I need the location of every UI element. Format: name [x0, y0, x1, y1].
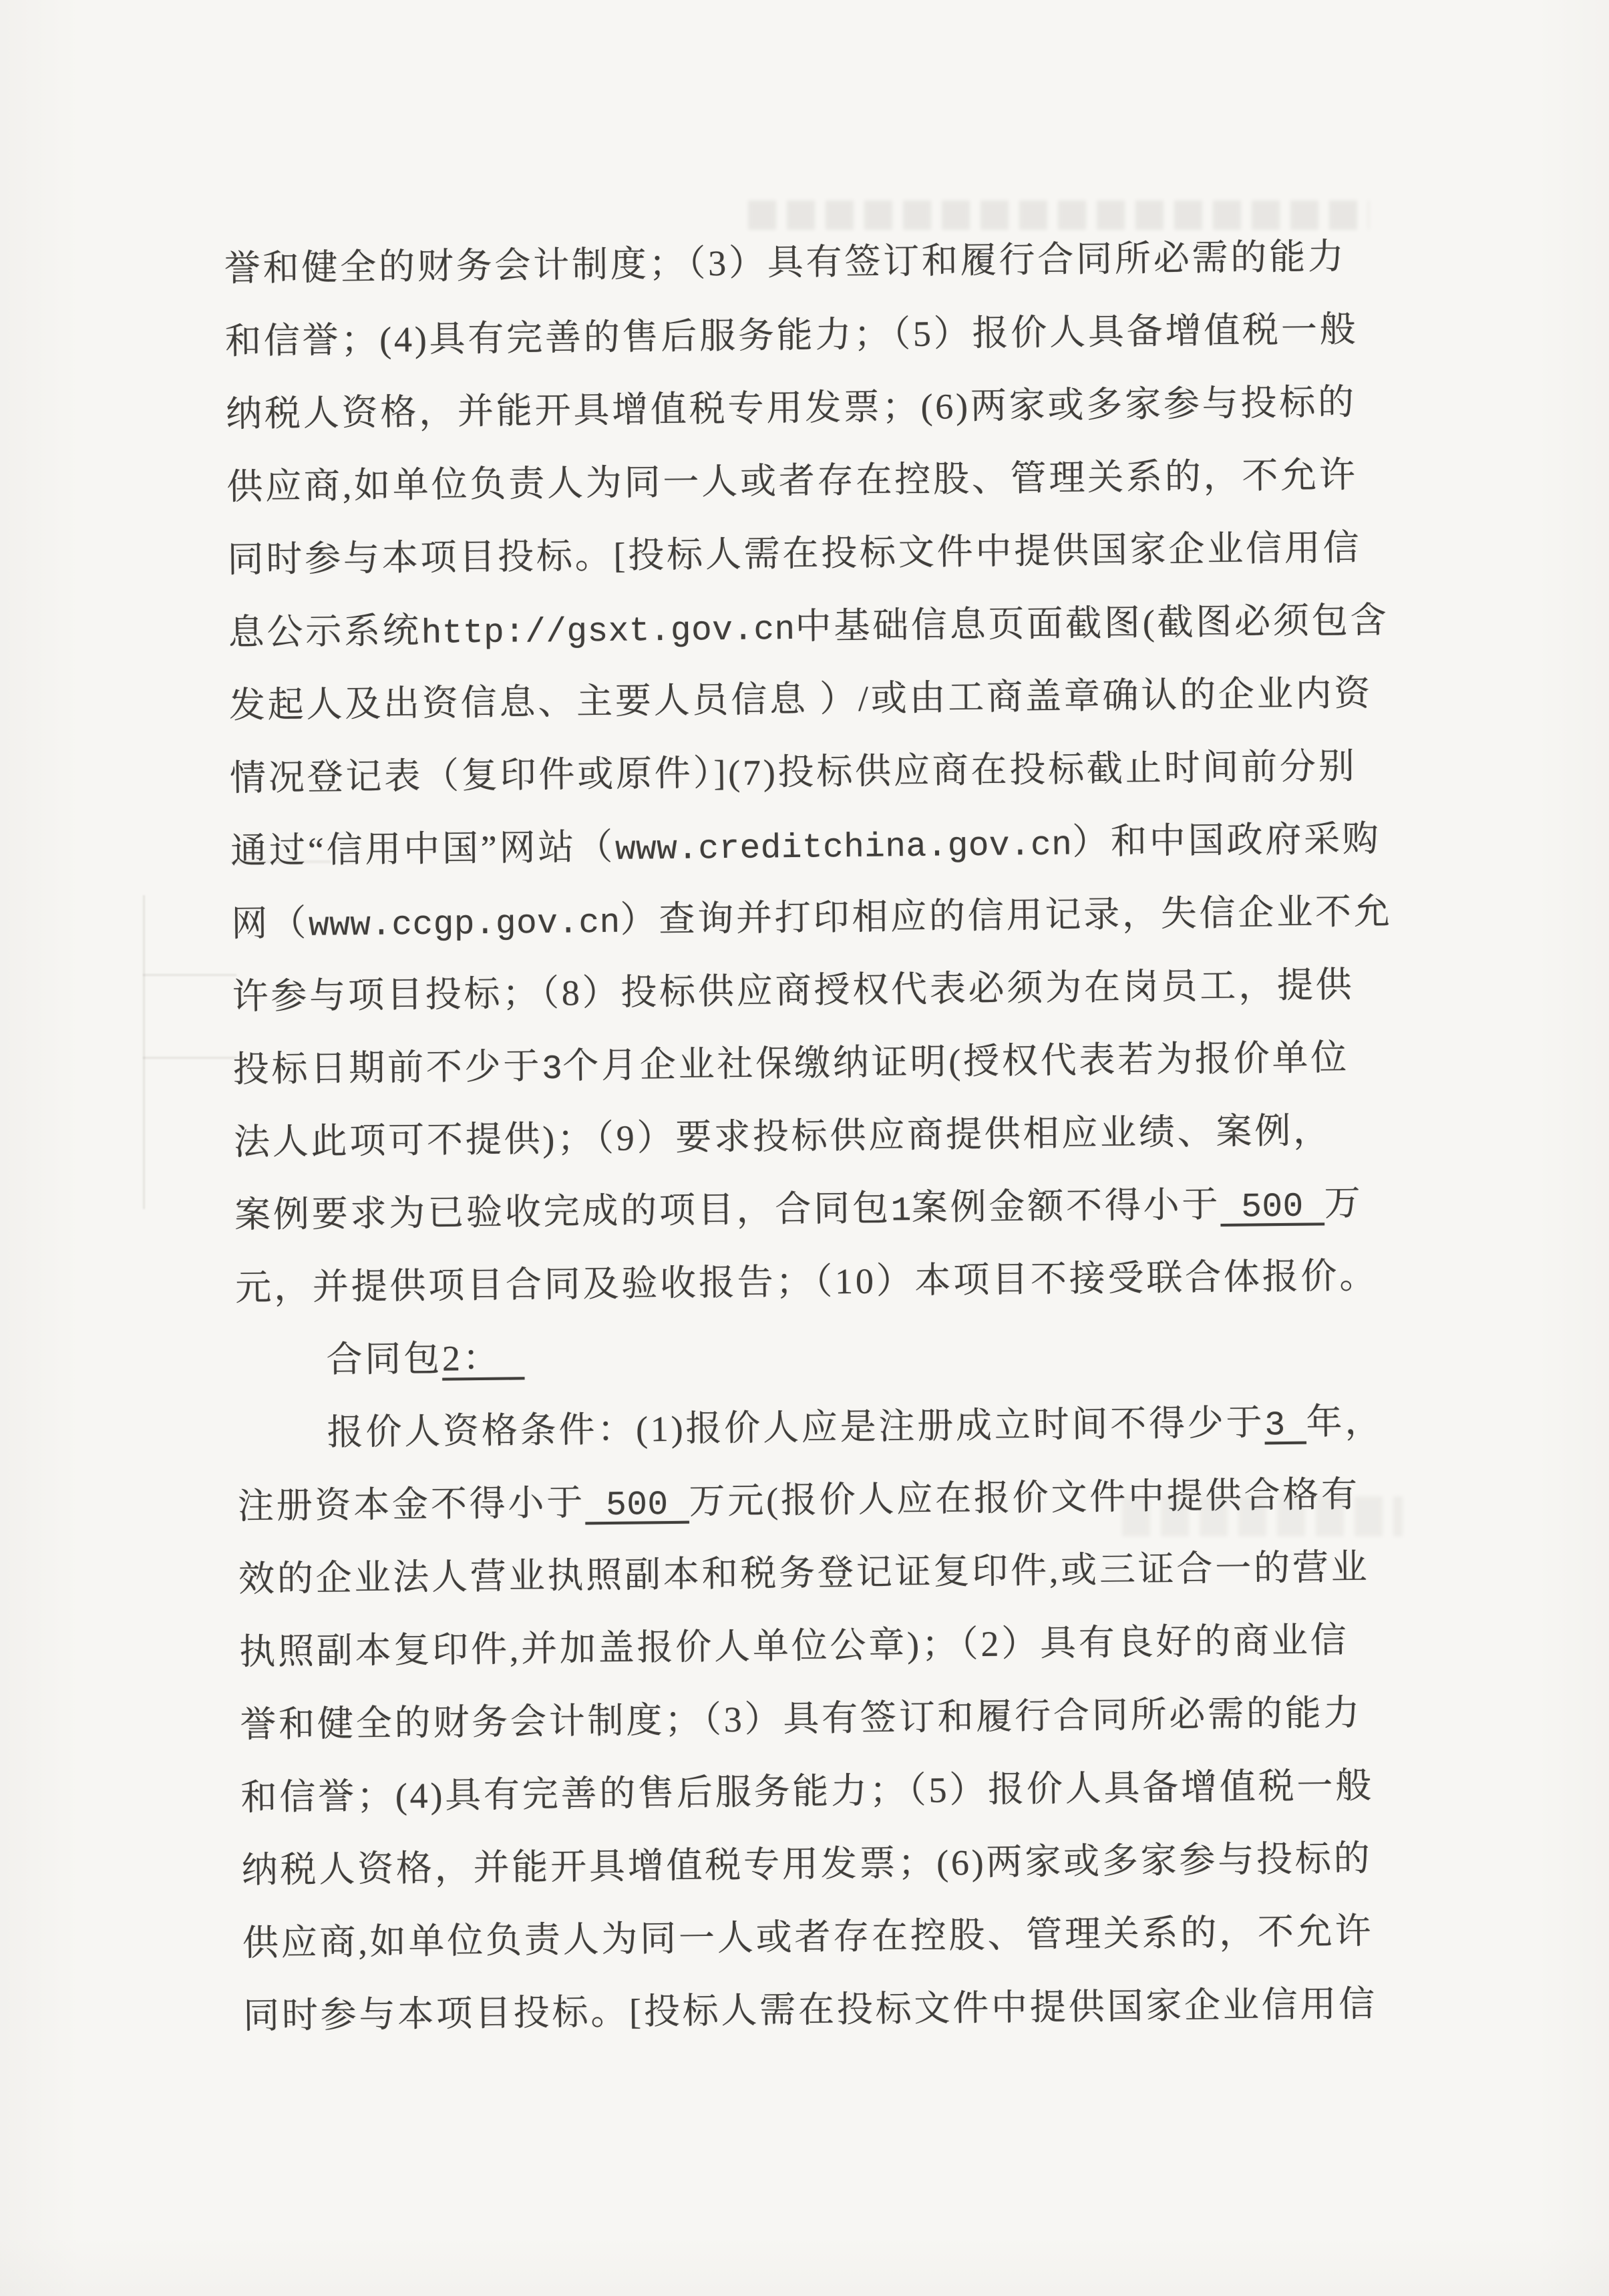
cjk-text-run: 供应商,如单位负责人为同一人或者存在控股、管理关系的，不允许: [226, 455, 1358, 507]
bleed-through-grid-horizontal: [143, 1057, 236, 1059]
latin-text-run: 1: [890, 1192, 912, 1231]
underlined-value: 3: [1264, 1407, 1306, 1446]
cjk-text-run: 和信誉；(4)具有完善的售后服务能力；（5）报价人具备增值税一般: [240, 1766, 1374, 1818]
cjk-text-run: 誉和健全的财务会计制度；（3）具有签订和履行合同所必需的能力: [224, 236, 1347, 289]
text-line: 许参与项目投标；（8）投标供应商授权代表必须为在岗员工，提供: [232, 948, 1392, 1033]
text-line: 和信誉；(4)具有完善的售后服务能力；（5）报价人具备增值税一般: [240, 1749, 1401, 1834]
latin-text-run: http://gsxt.gov.cn: [421, 611, 795, 653]
cjk-text-run: 案例要求为已验收完成的项目，合同包: [234, 1188, 891, 1235]
cjk-text-run: 合同包: [326, 1339, 442, 1380]
text-line: 报价人资格条件：(1)报价人应是注册成立时间不得少于3 年，: [236, 1385, 1397, 1470]
cjk-text-run: 纳税人资格，并能开具增值税专用发票；(6)两家或多家参与投标的: [226, 382, 1357, 434]
cjk-text-run: 案例金额不得小于: [912, 1184, 1221, 1228]
cjk-text-run: 注册资本金不得小于: [238, 1482, 586, 1526]
text-line: 息公示系统http://gsxt.gov.cn中基础信息页面截图(截图必须包含: [228, 584, 1388, 669]
cjk-text-run: 纳税人资格，并能开具增值税专用发票；(6)两家或多家参与投标的: [241, 1838, 1372, 1891]
cjk-text-run: 效的企业法人营业执照副本和税务登记证复印件,或三证合一的营业: [238, 1547, 1370, 1599]
text-line: 法人此项可不提供)；（9）要求投标供应商提供相应业绩、案例，: [233, 1094, 1393, 1179]
cjk-text-run: 情况登记表（复印件或原件）](7)投标供应商在投标截止时间前分别: [230, 746, 1357, 798]
cjk-text-run: 报价人资格条件：(1)报价人应是注册成立时间不得少于: [327, 1402, 1264, 1452]
latin-text-run: www.creditchina.gov.cn: [615, 826, 1073, 869]
text-line: 通过“信用中国”网站（www.creditchina.gov.cn）和中国政府采…: [230, 802, 1391, 888]
cjk-text-run: ）查询并打印相应的信用记录，失信企业不允: [620, 891, 1393, 940]
scanned-document-page: 誉和健全的财务会计制度；（3）具有签订和履行合同所必需的能力和信誉；(4)具有完…: [0, 0, 1609, 2296]
text-line: 供应商,如单位负责人为同一人或者存在控股、管理关系的，不允许: [226, 438, 1387, 524]
text-line: 投标日期前不少于3个月企业社保缴纳证明(授权代表若为报价单位: [232, 1021, 1393, 1106]
text-line: 同时参与本项目投标。[投标人需在投标文件中提供国家企业信用信: [227, 511, 1387, 597]
cjk-text-run: 供应商,如单位负责人为同一人或者存在控股、管理关系的，不允许: [242, 1911, 1374, 1963]
cjk-text-run: 法人此项可不提供)；（9）要求投标供应商提供相应业绩、案例，: [234, 1110, 1332, 1162]
text-line: 誉和健全的财务会计制度；（3）具有签订和履行合同所必需的能力: [240, 1676, 1400, 1762]
cjk-text-run: ）和中国政府采购: [1072, 818, 1381, 862]
cjk-text-run: 誉和健全的财务会计制度；（3）具有签订和履行合同所必需的能力: [240, 1693, 1363, 1745]
cjk-text-run: 同时参与本项目投标。[投标人需在投标文件中提供国家企业信用信: [243, 1984, 1378, 2036]
cjk-text-run: 息公示系统: [228, 611, 421, 653]
cjk-text-run: 中基础信息页面截图(截图必须包含: [795, 600, 1389, 647]
cjk-text-run: 通过“信用中国”网站（: [230, 827, 615, 871]
cjk-text-run: 同时参与本项目投标。[投标人需在投标文件中提供国家企业信用信: [227, 528, 1362, 580]
text-line: 网（www.ccgp.gov.cn）查询并打印相应的信用记录，失信企业不允: [231, 875, 1391, 961]
text-line: 情况登记表（复印件或原件）](7)投标供应商在投标截止时间前分别: [230, 729, 1390, 815]
text-line: 案例要求为已验收完成的项目，合同包1案例金额不得小于 500 万: [234, 1166, 1395, 1252]
text-line: 元，并提供项目合同及验收报告；（10）本项目不接受联合体报价。: [235, 1239, 1395, 1325]
document-body: 誉和健全的财务会计制度；（3）具有签订和履行合同所必需的能力和信誉；(4)具有完…: [224, 220, 1403, 2053]
underlined-value: 500: [585, 1486, 689, 1526]
text-line: 执照副本复印件,并加盖报价人单位公章)；（2）具有良好的商业信: [239, 1603, 1399, 1689]
text-line: 和信誉；(4)具有完善的售后服务能力；（5）报价人具备增值税一般: [224, 293, 1385, 378]
underlined-value: 500: [1220, 1188, 1324, 1227]
text-line: 注册资本金不得小于 500 万元(报价人应在报价文件中提供合格有: [237, 1458, 1397, 1543]
cjk-text-run: 发起人及出资信息、主要人员信息 ）/或由工商盖章确认的企业内资: [229, 673, 1373, 726]
bleed-through-grid-horizontal: [143, 974, 236, 976]
cjk-text-run: 万元(报价人应在报价文件中提供合格有: [689, 1474, 1360, 1522]
cjk-text-run: 投标日期前不少于: [232, 1046, 542, 1090]
text-line: 效的企业法人营业执照副本和税务登记证复印件,或三证合一的营业: [238, 1530, 1398, 1616]
latin-text-run: 3: [542, 1051, 563, 1089]
latin-text-run: www.ccgp.gov.cn: [309, 905, 620, 946]
underlined-value: 2：: [442, 1337, 525, 1378]
cjk-text-run: 网（: [231, 903, 309, 944]
cjk-text-run: 个月企业社保缴纳证明(授权代表若为报价单位: [562, 1037, 1349, 1086]
cjk-text-run: 和信誉；(4)具有完善的售后服务能力；（5）报价人具备增值税一般: [225, 309, 1359, 361]
text-line: 纳税人资格，并能开具增值税专用发票；(6)两家或多家参与投标的: [241, 1822, 1401, 1907]
cjk-text-run: 许参与项目投标；（8）投标供应商授权代表必须为在岗员工，提供: [232, 965, 1355, 1017]
text-line: 纳税人资格，并能开具增值税专用发票；(6)两家或多家参与投标的: [226, 365, 1386, 451]
text-line: 誉和健全的财务会计制度；（3）具有签订和履行合同所必需的能力: [224, 220, 1384, 305]
text-line: 合同包2：: [236, 1312, 1396, 1398]
cjk-text-run: 年，: [1306, 1401, 1383, 1442]
text-line: 发起人及出资信息、主要人员信息 ）/或由工商盖章确认的企业内资: [228, 657, 1389, 742]
cjk-text-run: 元，并提供项目合同及验收报告；（10）本项目不接受联合体报价。: [235, 1255, 1378, 1308]
text-line: 供应商,如单位负责人为同一人或者存在控股、管理关系的，不允许: [242, 1895, 1402, 1980]
bleed-through-grid-vertical: [143, 895, 145, 1209]
cjk-text-run: 万: [1324, 1183, 1363, 1224]
cjk-text-run: 执照副本复印件,并加盖报价人单位公章)；（2）具有良好的商业信: [239, 1620, 1349, 1672]
text-line: 同时参与本项目投标。[投标人需在投标文件中提供国家企业信用信: [243, 1967, 1403, 2053]
